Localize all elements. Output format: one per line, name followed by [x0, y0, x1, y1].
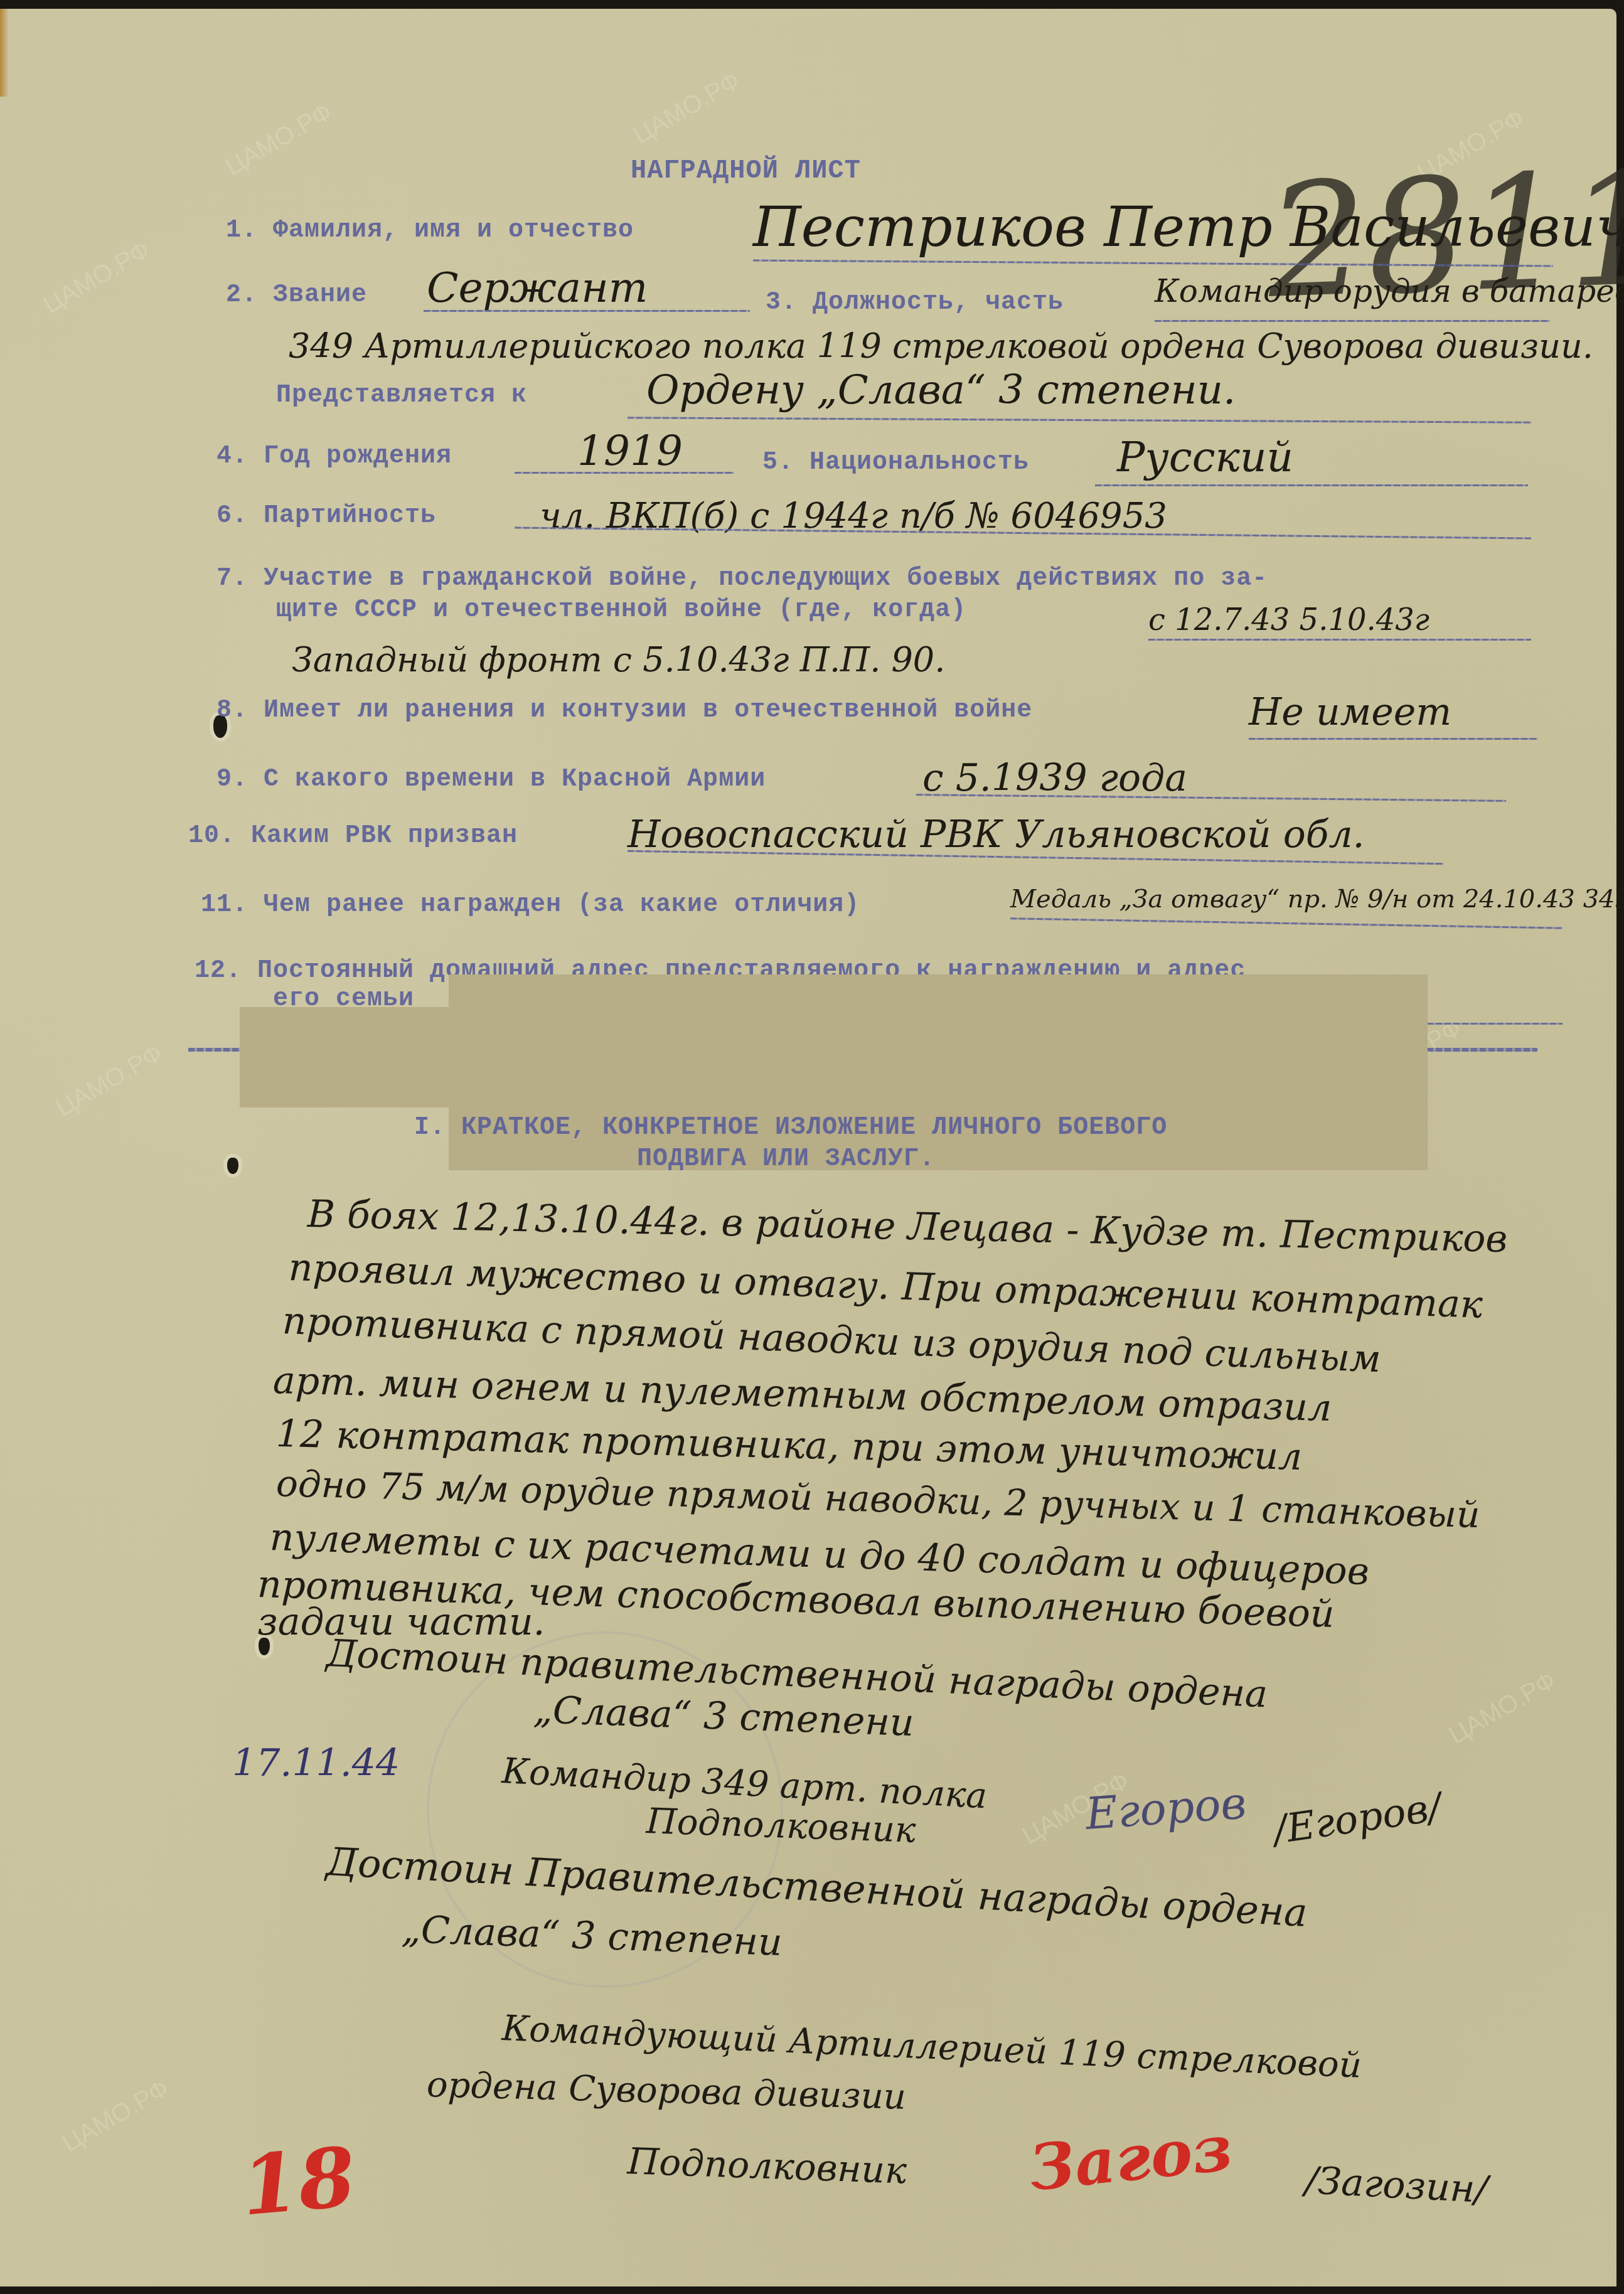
field-9-value: с 5.1939 года	[922, 756, 1187, 800]
field-7-value-line2: Западный фронт с 5.10.43г П.П. 90.	[292, 640, 945, 680]
paper-stain	[0, 9, 9, 97]
field-9-label: 9. С какого времени в Красной Армии	[216, 766, 766, 794]
field-1-label: 1. Фамилия, имя и отчество	[226, 216, 634, 245]
field-5-value: Русский	[1117, 433, 1293, 481]
field-7-label-line1: 7. Участие в гражданской войне, последую…	[216, 565, 1268, 593]
field-10-value: Новоспасский РВК Ульяновской обл.	[628, 813, 1365, 856]
field-5-label: 5. Национальность	[762, 449, 1029, 477]
field-3-value-line1: Командир орудия в батарее	[1155, 273, 1624, 309]
field-7-label-line2: щите СССР и отечественной войне (где, ко…	[276, 596, 966, 624]
field-2-value: Сержант	[427, 264, 648, 312]
field-4-underline	[515, 472, 734, 474]
field-5-underline	[1095, 484, 1528, 486]
field-12-underline	[1418, 1023, 1563, 1025]
presented-value: Ордену „Слава“ 3 степени.	[646, 367, 1236, 413]
presented-label: Представляется к	[276, 381, 527, 410]
red-pencil-mark: 18	[238, 2128, 360, 2234]
redacted-address-block	[240, 1007, 453, 1107]
field-7-value-line1: с 12.7.43 5.10.43г	[1148, 602, 1429, 638]
field-11-label: 11. Чем ранее награжден (за какие отличи…	[201, 891, 860, 919]
punch-hole	[227, 1158, 238, 1174]
recommendation-1-date: 17.11.44	[232, 1741, 400, 1785]
field-2-label: 2. Звание	[226, 281, 367, 309]
field-10-label: 10. Каким РВК призван	[188, 822, 518, 850]
section-heading-line1: I. КРАТКОЕ, КОНКРЕТНОЕ ИЗЛОЖЕНИЕ ЛИЧНОГО…	[414, 1114, 1167, 1142]
field-6-label: 6. Партийность	[216, 502, 436, 530]
field-4-value: 1919	[577, 427, 683, 475]
field-8-label: 8. Имеет ли ранения и контузии в отечест…	[216, 696, 1032, 725]
field-2-underline	[424, 310, 750, 312]
field-8-underline	[1249, 738, 1537, 740]
field-11-value: Медаль „За отвагу“ пр. № 9/н от 24.10.43…	[1010, 885, 1624, 914]
field-7-underline	[1148, 639, 1531, 641]
field-1-value: Пестриков Петр Васильевич	[753, 195, 1624, 259]
field-8-value: Не имеет	[1249, 690, 1451, 734]
field-3-value-line2: 349 Артиллерийского полка 119 стрелковой…	[289, 326, 1593, 366]
field-4-label: 4. Год рождения	[216, 442, 452, 471]
page-title: НАГРАДНОЙ ЛИСТ	[631, 156, 861, 186]
section-heading-line2: ПОДВИГА ИЛИ ЗАСЛУГ.	[637, 1145, 935, 1173]
field-3-underline	[1155, 320, 1550, 322]
field-3-label: 3. Должность, часть	[766, 289, 1064, 317]
